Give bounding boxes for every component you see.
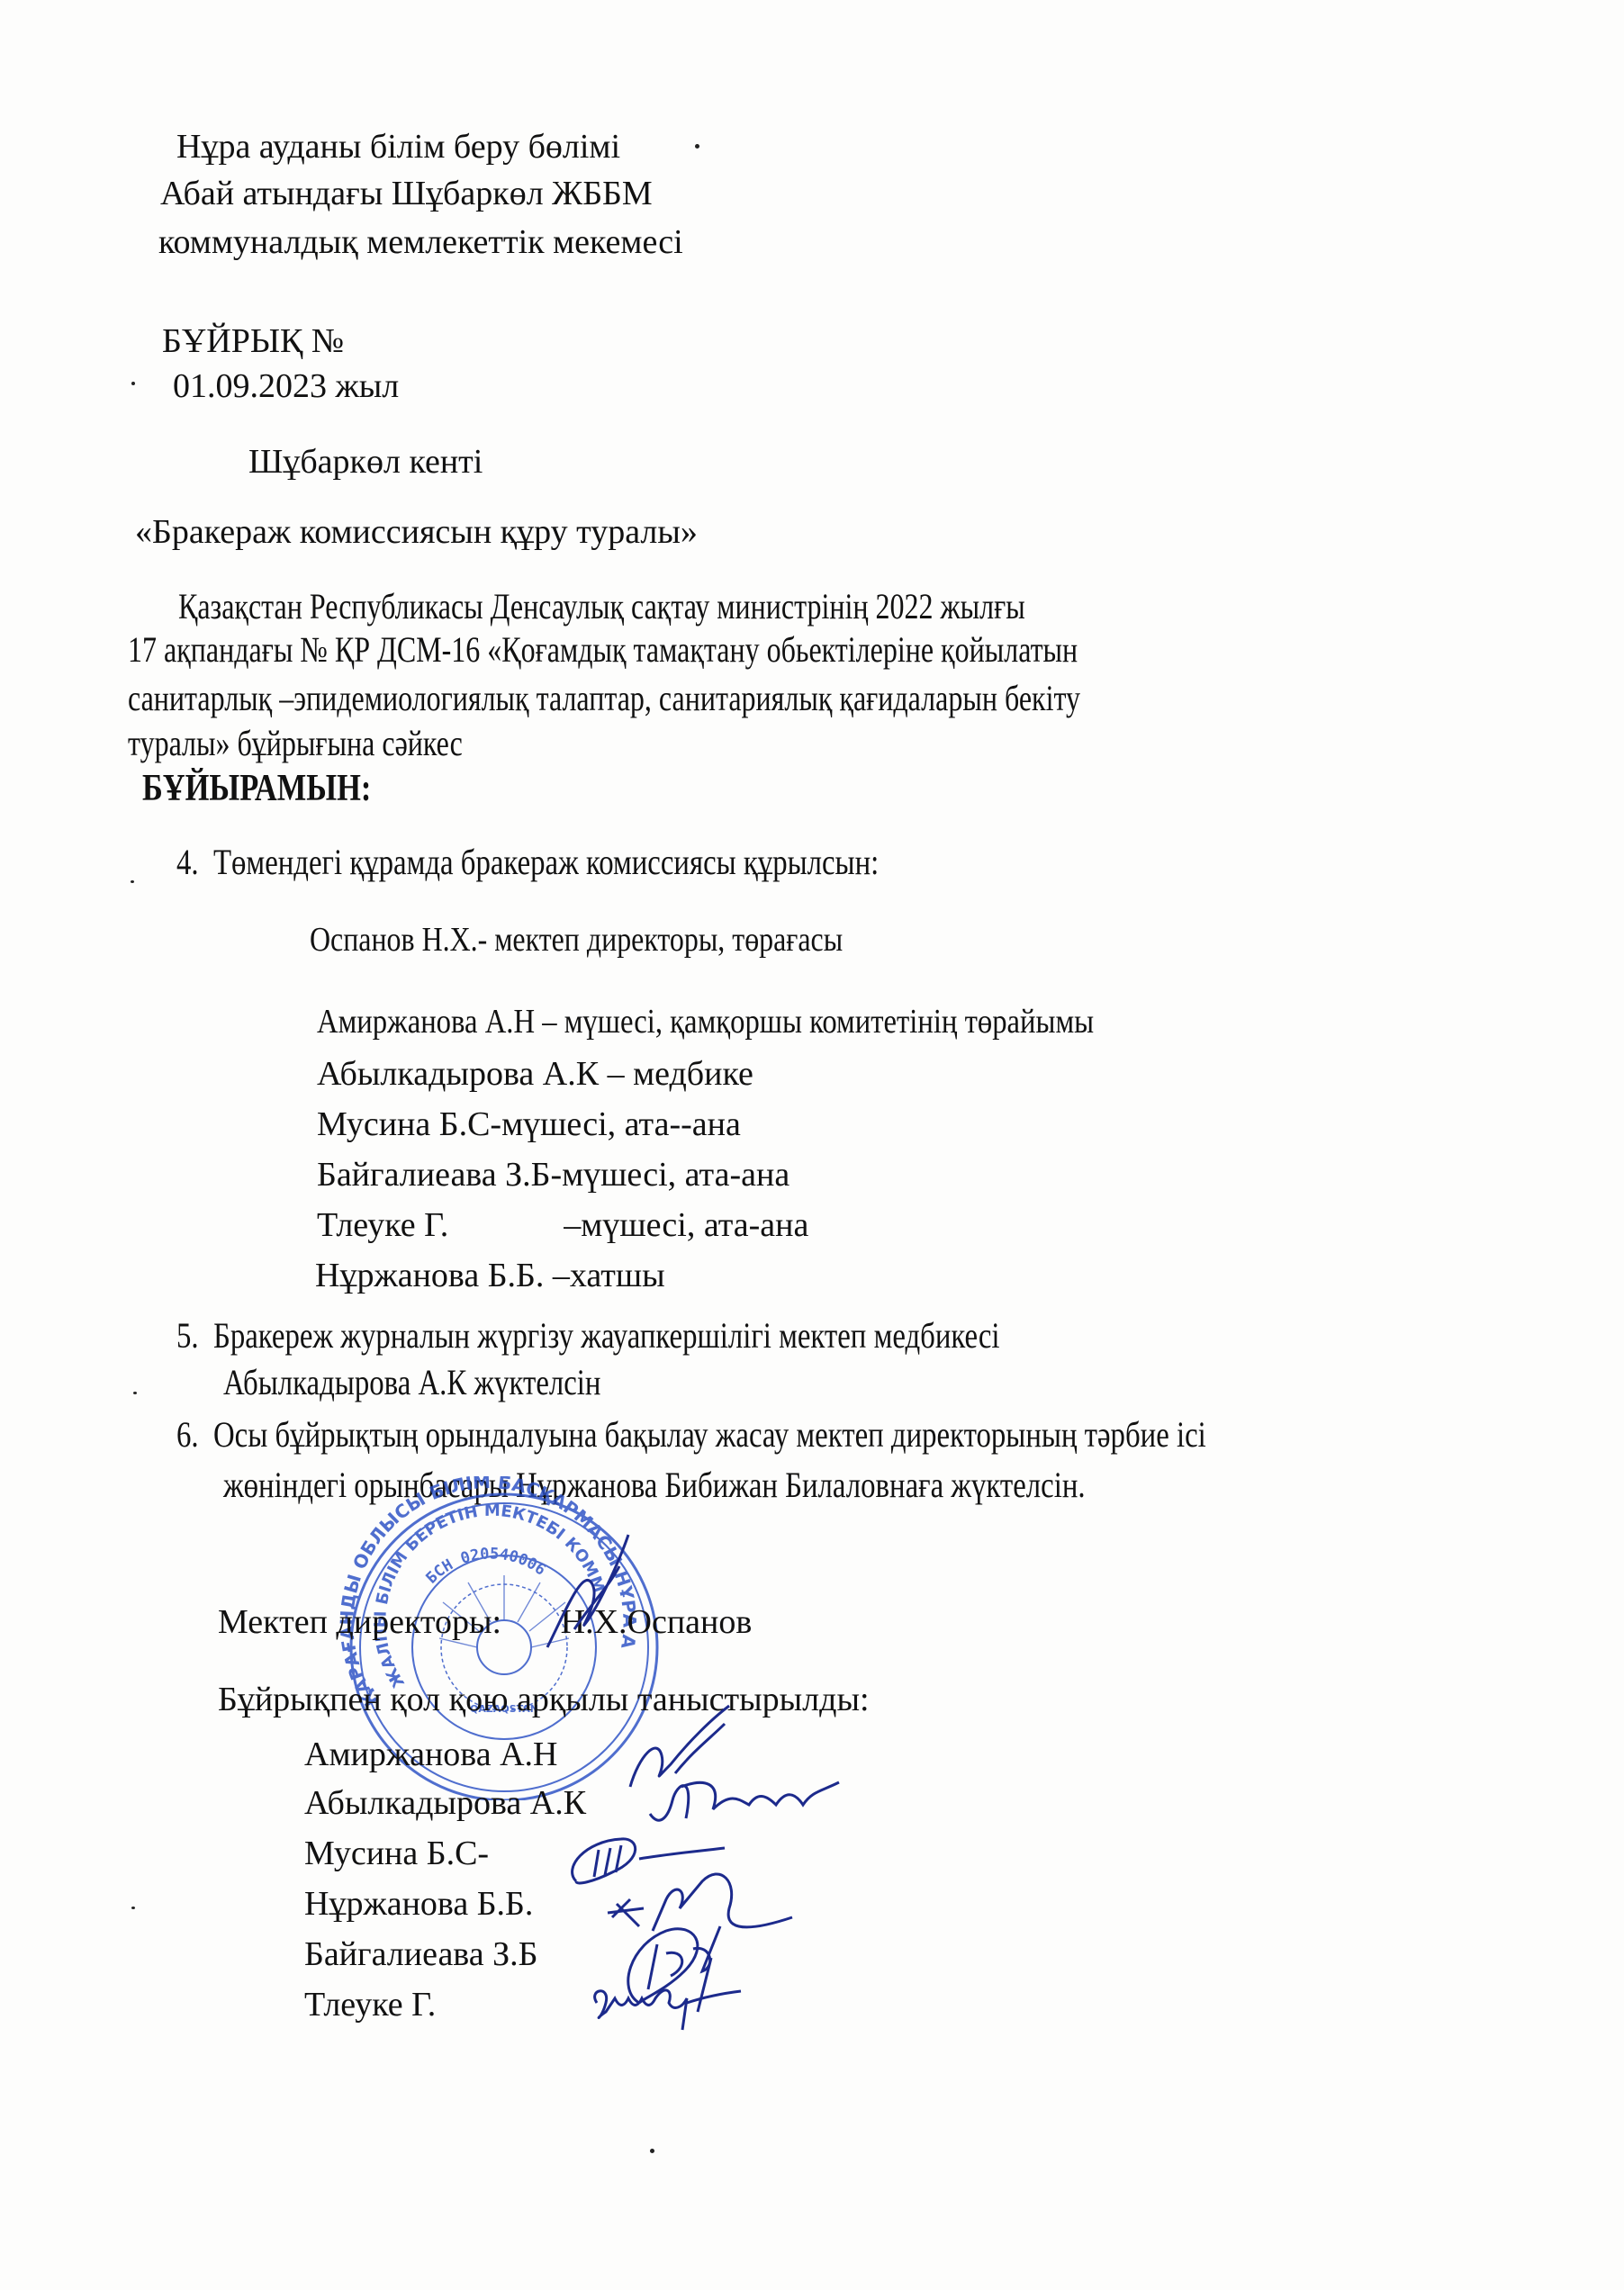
scan-speck — [131, 880, 134, 883]
item-number: 6. — [176, 1414, 199, 1455]
acknowledged-person: Байгалиеава З.Б — [304, 1934, 537, 1975]
scan-speck — [133, 1392, 137, 1394]
commission-chair: Оспанов Н.Х.- мектеп директоры, төрағасы — [310, 920, 843, 960]
item-text: Төмендегі құрамда бракераж комиссиясы құ… — [213, 842, 879, 882]
commission-member: Абылкадырова А.К – медбике — [317, 1053, 753, 1095]
preamble-line-4: туралы» бұйрығына сәйкес — [128, 722, 463, 765]
acknowledged-person: Нұржанова Б.Б. — [304, 1883, 533, 1925]
order-date: 01.09.2023 жыл — [173, 365, 399, 407]
commission-secretary: Нұржанова Б.Б. –хатшы — [315, 1255, 665, 1296]
org-name-line-3: коммуналдық мемлекеттік мекемесі — [158, 221, 683, 263]
signature-icon — [583, 1980, 745, 2034]
item-number: 4. — [176, 842, 199, 882]
preamble-line-2: 17 ақпандағы № ҚР ДСМ-16 «Қоғамдық тамақ… — [128, 628, 1078, 672]
order-item-6: 6. Осы бұйрықтың орындалуына бақылау жас… — [176, 1413, 1206, 1456]
acknowledgement-title: Бұйрықпен қол қою арқылы таныстырылды: — [218, 1680, 870, 1719]
preamble-line-3: санитарлық –эпидемиологиялық талаптар, с… — [128, 677, 1080, 720]
order-item-5-continued: Абылкадырова А.К жүктелсін — [223, 1361, 600, 1404]
order-number-label: БҰЙРЫҚ № — [162, 320, 344, 362]
acknowledged-person: Амиржанова А.Н — [304, 1734, 557, 1775]
scan-speck — [695, 144, 699, 149]
org-name-line-2: Абай атындағы Шұбаркөл ЖББМ — [160, 173, 653, 214]
org-name-line-1: Нұра ауданы білім беру бөлімі — [176, 126, 620, 167]
order-location: Шұбаркөл кенті — [248, 441, 483, 482]
order-item-4: 4. Төмендегі құрамда бракераж комиссиясы… — [176, 841, 879, 884]
svg-text:БСН 020540006: БСН 020540006 — [422, 1545, 548, 1587]
acknowledged-person: Абылкадырова А.К — [304, 1782, 586, 1824]
decree-heading: БҰЙЫРАМЫН: — [142, 767, 371, 810]
signature-icon — [641, 1764, 848, 1836]
order-item-5: 5. Бракереж журналын жүргізу жауапкершіл… — [176, 1314, 1000, 1357]
preamble-line-1: Қазақстан Республикасы Денсаулық сақтау … — [178, 585, 1025, 628]
scan-speck — [650, 2149, 654, 2153]
director-label: Мектеп директоры: — [218, 1603, 501, 1641]
commission-member: Мусина Б.С-мүшесі, ата--ана — [317, 1104, 741, 1145]
director-signature-icon — [538, 1530, 637, 1656]
commission-member: Амиржанова А.Н – мүшесі, қамқоршы комите… — [317, 1001, 1094, 1042]
director-signature-line: Мектеп директоры: Н.Х.Оспанов — [218, 1602, 752, 1642]
scan-speck — [131, 1907, 135, 1909]
commission-member: Байгалиеава З.Б-мүшесі, ата-ана — [317, 1154, 789, 1195]
acknowledged-person: Мусина Б.С- — [304, 1833, 489, 1874]
scan-speck — [131, 382, 135, 385]
item-number: 5. — [176, 1315, 199, 1356]
order-title: «Бракераж комиссиясын құру туралы» — [135, 511, 698, 553]
commission-member: Тлеуке Г.–мүшесі, ата-ана — [317, 1204, 808, 1246]
acknowledged-person: Тлеуке Г. — [304, 1984, 436, 2025]
